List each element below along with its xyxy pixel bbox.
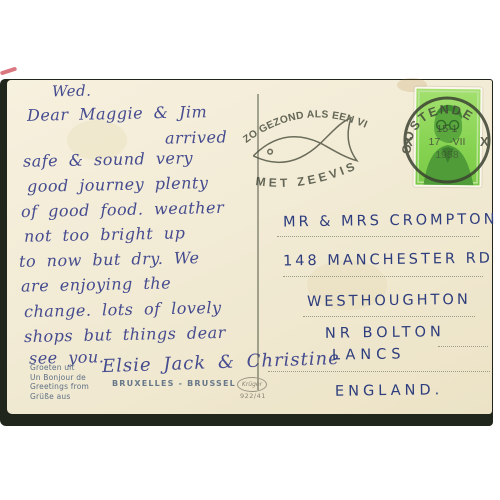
slogan-bottom-text: MET ZEEVIS	[253, 158, 361, 192]
greetings-label: Grüße aus	[30, 392, 89, 402]
message-signature: Elsie Jack & Christine	[102, 348, 340, 377]
slogan-top-arc: ZO GEZOND ALS EEN VIS	[240, 100, 370, 147]
postmark-date: 17 -VII	[429, 136, 466, 148]
postmark-right-x: X	[480, 134, 489, 149]
address-line: NR BOLTON	[325, 324, 445, 342]
slogan-top-text: ZO GEZOND ALS EEN VIS	[240, 100, 370, 147]
fish-eye	[268, 149, 273, 154]
publisher-code: 922/41	[240, 392, 266, 400]
message-line: of good food. weather	[21, 198, 224, 221]
message-line: change. lots of lovely	[24, 298, 222, 321]
greetings-label: Greetings from	[30, 382, 89, 392]
message-line: arrived	[165, 127, 228, 147]
greetings-block: Groeten uit Un Bonjour de Greetings from…	[30, 363, 89, 401]
address-line: 148 MANCHESTER RD	[283, 251, 493, 270]
address-rule	[268, 371, 490, 372]
message-line: not too bright up	[24, 223, 186, 245]
greetings-label: Un Bonjour de	[30, 373, 89, 383]
message-line: to now but dry. We	[19, 248, 200, 271]
address-line: LANCS	[332, 346, 406, 363]
address-line: MR & MRS CROMPTON	[283, 212, 498, 231]
postmark-time: 15-1	[436, 123, 457, 135]
red-pen-mark	[0, 66, 17, 75]
address-line: ENGLAND.	[335, 382, 443, 400]
postmark-year: 1958	[435, 149, 459, 161]
slogan-bottom-arc: MET ZEEVIS	[253, 158, 361, 192]
message-day: Wed.	[52, 82, 92, 101]
message-line: are enjoying the	[21, 273, 171, 295]
town-postmark: OOSTENDE X X 15-1 17 -VII 1958	[399, 92, 495, 188]
publisher-logo: Krüger	[237, 377, 267, 392]
message-line: safe & sound very	[23, 148, 193, 171]
address-rule	[438, 346, 488, 347]
postmark-left-x: X	[404, 134, 413, 149]
message-line: shops but things dear	[24, 323, 226, 346]
fish-body-bottom	[253, 143, 322, 164]
fish-postmark: ZO GEZOND ALS EEN VIS MET ZEEVIS	[240, 100, 378, 199]
message-line: good journey plenty	[27, 173, 209, 196]
address-line: WESTHOUGHTON	[307, 292, 471, 310]
address-rule	[283, 276, 483, 277]
address-rule	[277, 236, 479, 237]
greetings-label: Groeten uit	[30, 363, 89, 373]
postcard: Wed. Dear Maggie & Jim arrived safe & so…	[7, 80, 492, 414]
address-rule	[303, 316, 475, 317]
publisher-logo-text: Krüger	[242, 381, 262, 388]
fish-body-top	[252, 135, 321, 156]
message-salutation: Dear Maggie & Jim	[27, 102, 208, 125]
city-label: BRUXELLES - BRUSSEL	[112, 379, 236, 388]
